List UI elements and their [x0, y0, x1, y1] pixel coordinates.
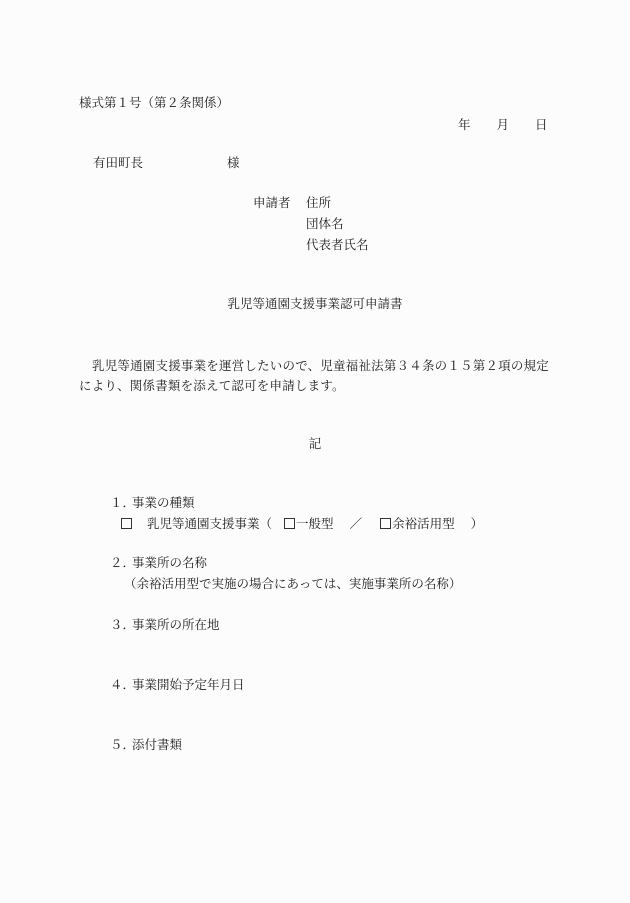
body-text: 乳児等通園支援事業を運営したいので、児童福祉法第３４条の１５第２項の規定により、… — [79, 358, 549, 393]
general-type-label: 一般型 — [296, 516, 334, 531]
item-attachments: ５．添付書類 — [110, 739, 182, 752]
checkbox-general-type[interactable] — [284, 518, 295, 529]
applicant-representative-field: 代表者氏名 — [306, 239, 369, 252]
item-facility-location: ３．事業所の所在地 — [110, 619, 220, 632]
item-number: ３． — [110, 619, 132, 632]
date-year-label: 年 — [458, 119, 471, 132]
close-paren: ） — [471, 516, 484, 531]
item-heading: 添付書類 — [132, 737, 182, 752]
item-business-type: １．事業の種類 — [110, 497, 195, 510]
item-heading: 事業開始予定年月日 — [132, 677, 245, 692]
date-month-label: 月 — [497, 119, 510, 132]
surplus-type-label: 余裕活用型 — [392, 516, 455, 531]
item-number: ５． — [110, 739, 132, 752]
addressee-name: 有田町長 — [93, 157, 143, 170]
open-paren: （ — [260, 516, 273, 531]
option-separator: ／ — [350, 516, 363, 531]
business-type-options: 乳児等通園支援事業（一般型／余裕活用型） — [121, 518, 483, 531]
item-facility-name: ２．事業所の名称 — [110, 557, 207, 570]
body-paragraph: 乳児等通園支援事業を運営したいので、児童福祉法第３４条の１５第２項の規定により、… — [79, 356, 554, 396]
applicant-organization-field: 団体名 — [306, 218, 344, 231]
date-day-label: 日 — [535, 119, 548, 132]
item-number: １． — [110, 497, 132, 510]
addressee-honorific: 様 — [227, 157, 240, 170]
ki-heading: 記 — [0, 438, 630, 451]
date-line: 年月日 — [458, 119, 548, 132]
item-start-date: ４．事業開始予定年月日 — [110, 679, 245, 692]
form-number: 様式第１号（第２条関係） — [79, 97, 229, 110]
document-title: 乳児等通園支援事業認可申請書 — [0, 298, 630, 311]
facility-name-note: （余裕活用型で実施の場合にあっては、実施事業所の名称） — [124, 578, 461, 591]
item-heading: 事業所の所在地 — [132, 617, 220, 632]
checkbox-main-option[interactable] — [121, 518, 132, 529]
applicant-label: 申請者 — [253, 197, 291, 210]
main-option-label: 乳児等通園支援事業 — [147, 516, 260, 531]
item-number: ４． — [110, 679, 132, 692]
checkbox-surplus-type[interactable] — [380, 518, 391, 529]
item-heading: 事業の種類 — [132, 495, 195, 510]
applicant-address-field: 住所 — [306, 197, 331, 210]
item-number: ２． — [110, 557, 132, 570]
item-heading: 事業所の名称 — [132, 555, 207, 570]
